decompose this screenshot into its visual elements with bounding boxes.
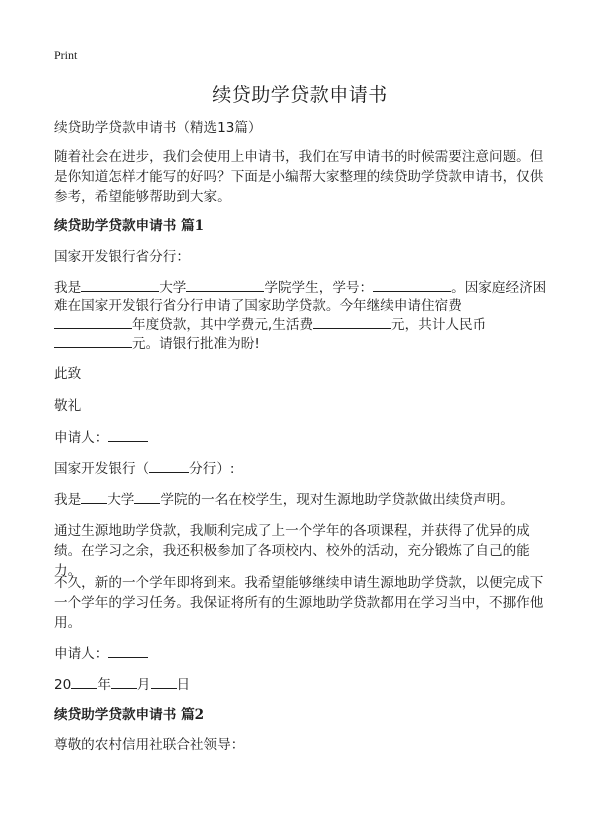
text-fragment: 我是 — [54, 492, 81, 508]
blank-applicant — [108, 644, 148, 658]
date-prefix: 20 — [54, 677, 71, 693]
applicant-line: 申请人： — [54, 428, 550, 448]
text-fragment: 国家开发银行（ — [54, 461, 149, 477]
blank-college — [186, 278, 264, 292]
text-fragment: 元。请银行批准为盼! — [132, 336, 260, 352]
blank-day — [151, 675, 177, 689]
blank-college — [134, 490, 160, 504]
date-year: 年 — [97, 677, 111, 693]
text-fragment: 学院学生，学号： — [264, 280, 373, 296]
blank-year — [54, 315, 132, 329]
salutation-2: 尊敬的农村信用社联合社领导： — [54, 735, 550, 755]
applicant-line-2: 申请人： — [54, 644, 550, 664]
salutation-1: 国家开发银行省分行： — [54, 247, 550, 267]
text-fragment: 学院的一名在校学生，现对生源地助学贷款做出续贷声明。 — [160, 492, 513, 508]
paragraph-achievements: 通过生源地助学贷款，我顺利完成了上一个学年的各项课程，并获得了优异的成绩。在学习… — [54, 521, 550, 581]
blank-month — [111, 675, 137, 689]
applicant-label: 申请人： — [54, 646, 108, 662]
text-fragment: 大学 — [159, 280, 186, 296]
text-fragment: 我是 — [54, 280, 81, 296]
text-fragment: 大学 — [107, 492, 134, 508]
declaration-line: 我是大学学院的一名在校学生，现对生源地助学贷款做出续贷声明。 — [54, 490, 550, 510]
intro-paragraph: 随着社会在进步，我们会使用上申请书，我们在写申请书的时候需要注意问题。但是你知道… — [54, 147, 550, 207]
blank-year — [71, 675, 97, 689]
section-heading-2: 续贷助学贷款申请书 篇2 — [54, 705, 550, 725]
date-line: 20年月日 — [54, 675, 550, 695]
text-fragment: 元，共计人民币 — [391, 317, 486, 333]
text-fragment: 年度贷款，其中学费元,生活费 — [132, 317, 313, 333]
blank-applicant — [108, 428, 148, 442]
date-month: 月 — [137, 677, 151, 693]
blank-university — [81, 278, 159, 292]
document-title: 续贷助学贷款申请书 — [0, 80, 600, 107]
blank-living-cost — [313, 315, 391, 329]
blank-total — [54, 334, 132, 348]
text-fragment: 分行）: — [189, 461, 234, 477]
print-link[interactable]: Print — [54, 48, 550, 63]
date-day: 日 — [177, 677, 191, 693]
section-heading-1: 续贷助学贷款申请书 篇1 — [54, 216, 550, 236]
blank-university — [81, 490, 107, 504]
applicant-label: 申请人： — [54, 430, 108, 446]
closing-line-1: 此致 — [54, 364, 550, 384]
blank-branch — [149, 459, 189, 473]
document-subtitle: 续贷助学贷款申请书（精选13篇） — [54, 118, 550, 138]
paragraph-commitment: 不久，新的一个学年即将到来。我希望能够继续申请生源地助学贷款，以便完成下一个学年… — [54, 573, 550, 633]
bank-line: 国家开发银行（分行）: — [54, 459, 550, 479]
blank-student-id — [373, 278, 451, 292]
closing-line-2: 敬礼 — [54, 396, 550, 416]
application-paragraph: 我是大学学院学生，学号：。因家庭经济困难在国家开发银行省分行申请了国家助学贷款。… — [54, 278, 550, 353]
